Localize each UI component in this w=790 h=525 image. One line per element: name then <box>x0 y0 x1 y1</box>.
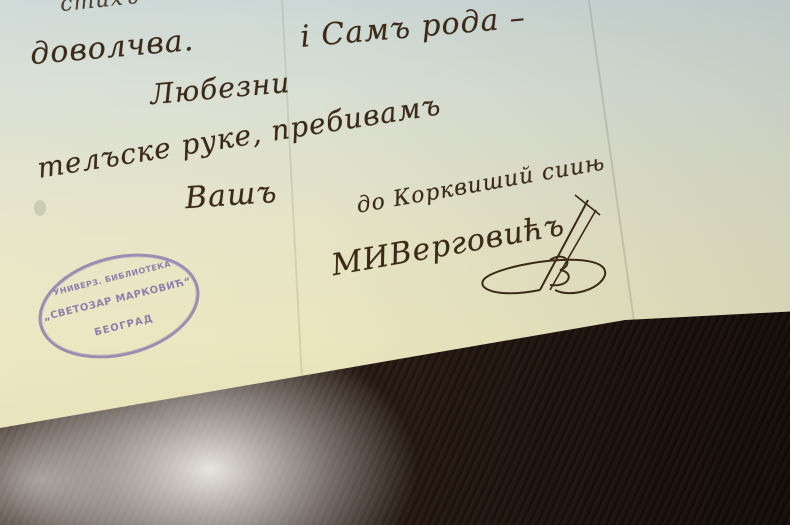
paper-fold <box>280 0 306 429</box>
handwriting-line: Вашъ <box>184 175 279 216</box>
photo-scene: стихъ доволчва. і Самъ рода – Любезни те… <box>0 0 790 525</box>
paper-stain <box>34 200 46 216</box>
signature-flourish-icon <box>470 190 620 310</box>
